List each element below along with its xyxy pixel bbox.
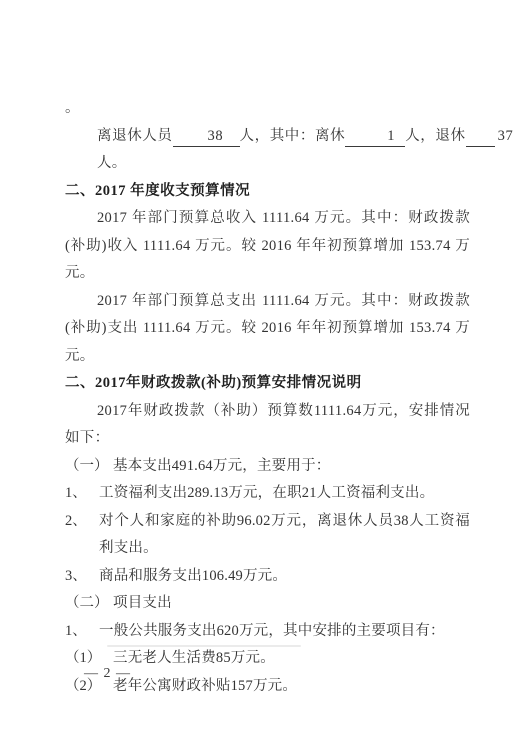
item-text-project: 项目支出	[113, 590, 470, 618]
page-number: — 2 —	[84, 666, 131, 682]
carryover-sentence-period: 。	[65, 95, 470, 123]
filled-blank-tuixiu-count: 37	[466, 126, 495, 147]
document-body: 。 离退休人员38人，其中：离休1人，退休37人。 二、2017 年度收支预算情…	[65, 95, 470, 700]
item-marker-salary: 1、	[65, 480, 99, 508]
item-marker-family-subsidy: 2、	[65, 508, 99, 563]
item-text-goods-services: 商品和服务支出106.49万元。	[99, 563, 470, 591]
retiree-suffix-text: 人。	[65, 150, 470, 178]
section-heading-income-expense-budget: 二、2017 年度收支预算情况	[65, 178, 470, 206]
item-text-salary: 工资福利支出289.13万元，在职21人工资福利支出。	[99, 480, 470, 508]
list-item-basic-expense: （一） 基本支出491.64万元，主要用于：	[65, 453, 470, 481]
item-text-elderly-living: 三无老人生活费85万元。	[113, 645, 470, 673]
list-item-public-service: 1、 一般公共服务支出620万元，其中安排的主要项目有：	[65, 618, 470, 646]
paragraph-total-income: 2017 年部门预算总收入 1111.64 万元。其中：财政拨款(补助)收入 1…	[65, 205, 470, 288]
item-text-basic: 基本支出491.64万元，主要用于：	[113, 453, 470, 481]
item-marker-project: （二）	[65, 590, 113, 618]
list-item-family-subsidy: 2、 对个人和家庭的补助96.02万元，离退休人员38人工资福利支出。	[65, 508, 470, 563]
item-text-public-service: 一般公共服务支出620万元，其中安排的主要项目有：	[99, 618, 470, 646]
paragraph-allocation-summary: 2017年财政拨款（补助）预算数1111.64万元，安排情况如下：	[65, 398, 470, 453]
section-heading-fiscal-allocation: 二、2017年财政拨款(补助)预算安排情况说明	[65, 370, 470, 398]
paragraph-total-expense: 2017 年部门预算总支出 1111.64 万元。其中：财政拨款(补助)支出 1…	[65, 288, 470, 371]
filled-blank-total-retirees: 38	[173, 126, 240, 147]
scanned-document-page: 。 离退休人员38人，其中：离休1人，退休37人。 二、2017 年度收支预算情…	[0, 0, 529, 748]
item-marker-basic: （一）	[65, 453, 113, 481]
item-marker-public-service: 1、	[65, 618, 99, 646]
scan-artifact-line	[107, 645, 301, 647]
item-text-apartment-subsidy: 老年公寓财政补贴157万元。	[113, 673, 470, 701]
item-text-family-subsidy: 对个人和家庭的补助96.02万元，离退休人员38人工资福利支出。	[99, 508, 470, 563]
filled-blank-lixiu-count: 1	[345, 126, 405, 147]
retiree-mid1-text: 人，其中：离休	[240, 128, 346, 144]
list-item-goods-services: 3、 商品和服务支出106.49万元。	[65, 563, 470, 591]
item-marker-goods-services: 3、	[65, 563, 99, 591]
list-item-salary-welfare: 1、 工资福利支出289.13万元，在职21人工资福利支出。	[65, 480, 470, 508]
retiree-mid2-text: 人，退休	[405, 128, 465, 144]
list-item-project-expense: （二） 项目支出	[65, 590, 470, 618]
retiree-count-line: 离退休人员38人，其中：离休1人，退休37人。	[65, 123, 470, 178]
retiree-prefix-text: 离退休人员	[97, 128, 173, 144]
